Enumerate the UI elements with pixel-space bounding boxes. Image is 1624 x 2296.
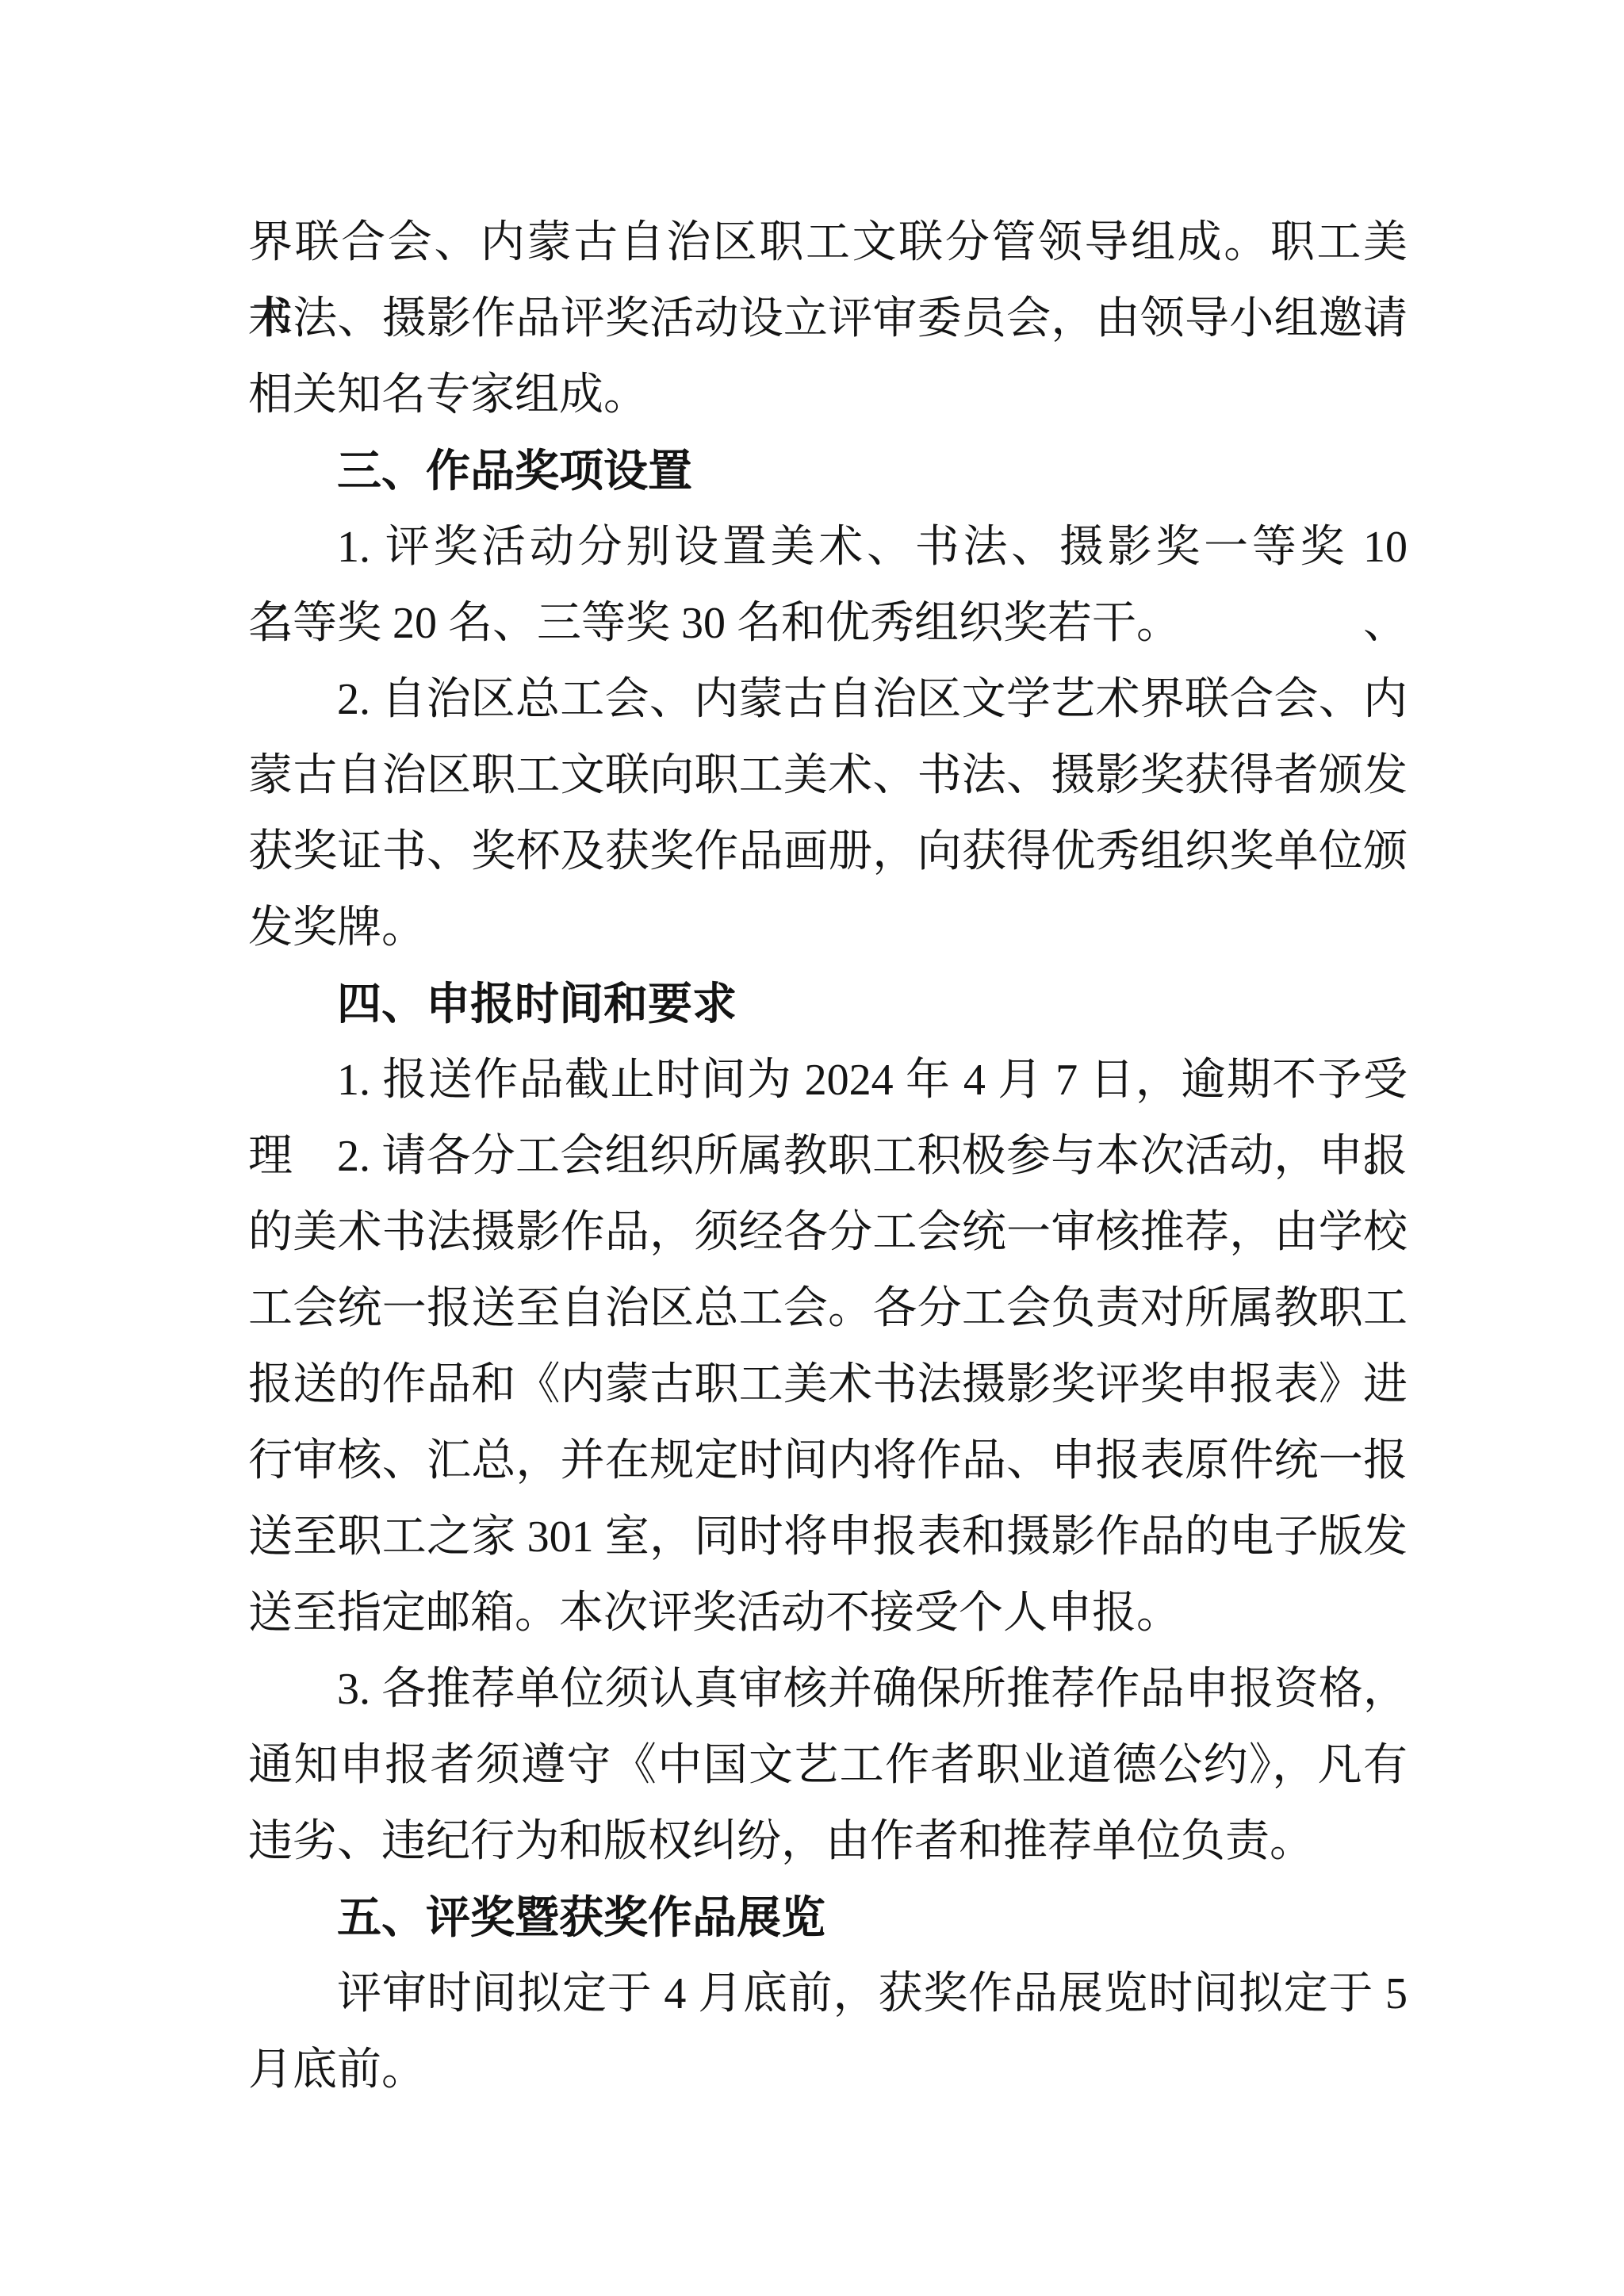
text-line: 评审时间拟定于 4 月底前，获奖作品展览时间拟定于 5: [248, 1956, 1408, 2032]
text-line: 相关知名专家组成。: [248, 357, 1408, 433]
text-line: 行审核、汇总，并在规定时间内将作品、申报表原件统一报: [248, 1423, 1408, 1499]
text-line: 月底前。: [248, 2032, 1408, 2108]
section-heading: 三、作品奖项设置: [248, 433, 1408, 509]
section-heading: 四、申报时间和要求: [248, 966, 1408, 1042]
text-line: 界联合会、内蒙古自治区职工文联分管领导组成。职工美术、: [248, 205, 1408, 281]
text-line: 送至职工之家 301 室，同时将申报表和摄影作品的电子版发: [248, 1499, 1408, 1575]
section-heading: 五、评奖暨获奖作品展览: [248, 1880, 1408, 1956]
text-line: 获奖证书、奖杯及获奖作品画册，向获得优秀组织奖单位颁: [248, 814, 1408, 890]
text-line: 蒙古自治区职工文联向职工美术、书法、摄影奖获得者颁发: [248, 738, 1408, 814]
text-line: 违劣、违纪行为和版权纠纷，由作者和推荐单位负责。: [248, 1803, 1408, 1880]
text-line: 工会统一报送至自治区总工会。各分工会负责对所属教职工: [248, 1271, 1408, 1347]
document-content: 界联合会、内蒙古自治区职工文联分管领导组成。职工美术、书法、摄影作品评奖活动设立…: [248, 205, 1408, 2108]
text-line: 的美术书法摄影作品，须经各分工会统一审核推荐，由学校: [248, 1194, 1408, 1271]
text-line: 2. 请各分工会组织所属教职工积极参与本次活动，申报: [248, 1118, 1408, 1194]
text-line: 发奖牌。: [248, 890, 1408, 966]
text-line: 3. 各推荐单位须认真审核并确保所推荐作品申报资格，: [248, 1651, 1408, 1727]
text-line: 2. 自治区总工会、内蒙古自治区文学艺术界联合会、内: [248, 661, 1408, 738]
document-page: 界联合会、内蒙古自治区职工文联分管领导组成。职工美术、书法、摄影作品评奖活动设立…: [0, 0, 1624, 2296]
text-line: 1. 评奖活动分别设置美术、书法、摄影奖一等奖 10 名、: [248, 509, 1408, 585]
text-line: 报送的作品和《内蒙古职工美术书法摄影奖评奖申报表》进: [248, 1347, 1408, 1423]
text-line: 送至指定邮箱。本次评奖活动不接受个人申报。: [248, 1575, 1408, 1651]
text-line: 通知申报者须遵守《中国文艺工作者职业道德公约》，凡有: [248, 1727, 1408, 1803]
text-line: 书法、摄影作品评奖活动设立评审委员会，由领导小组邀请: [248, 281, 1408, 357]
text-line: 1. 报送作品截止时间为 2024 年 4 月 7 日，逾期不予受理。: [248, 1042, 1408, 1118]
